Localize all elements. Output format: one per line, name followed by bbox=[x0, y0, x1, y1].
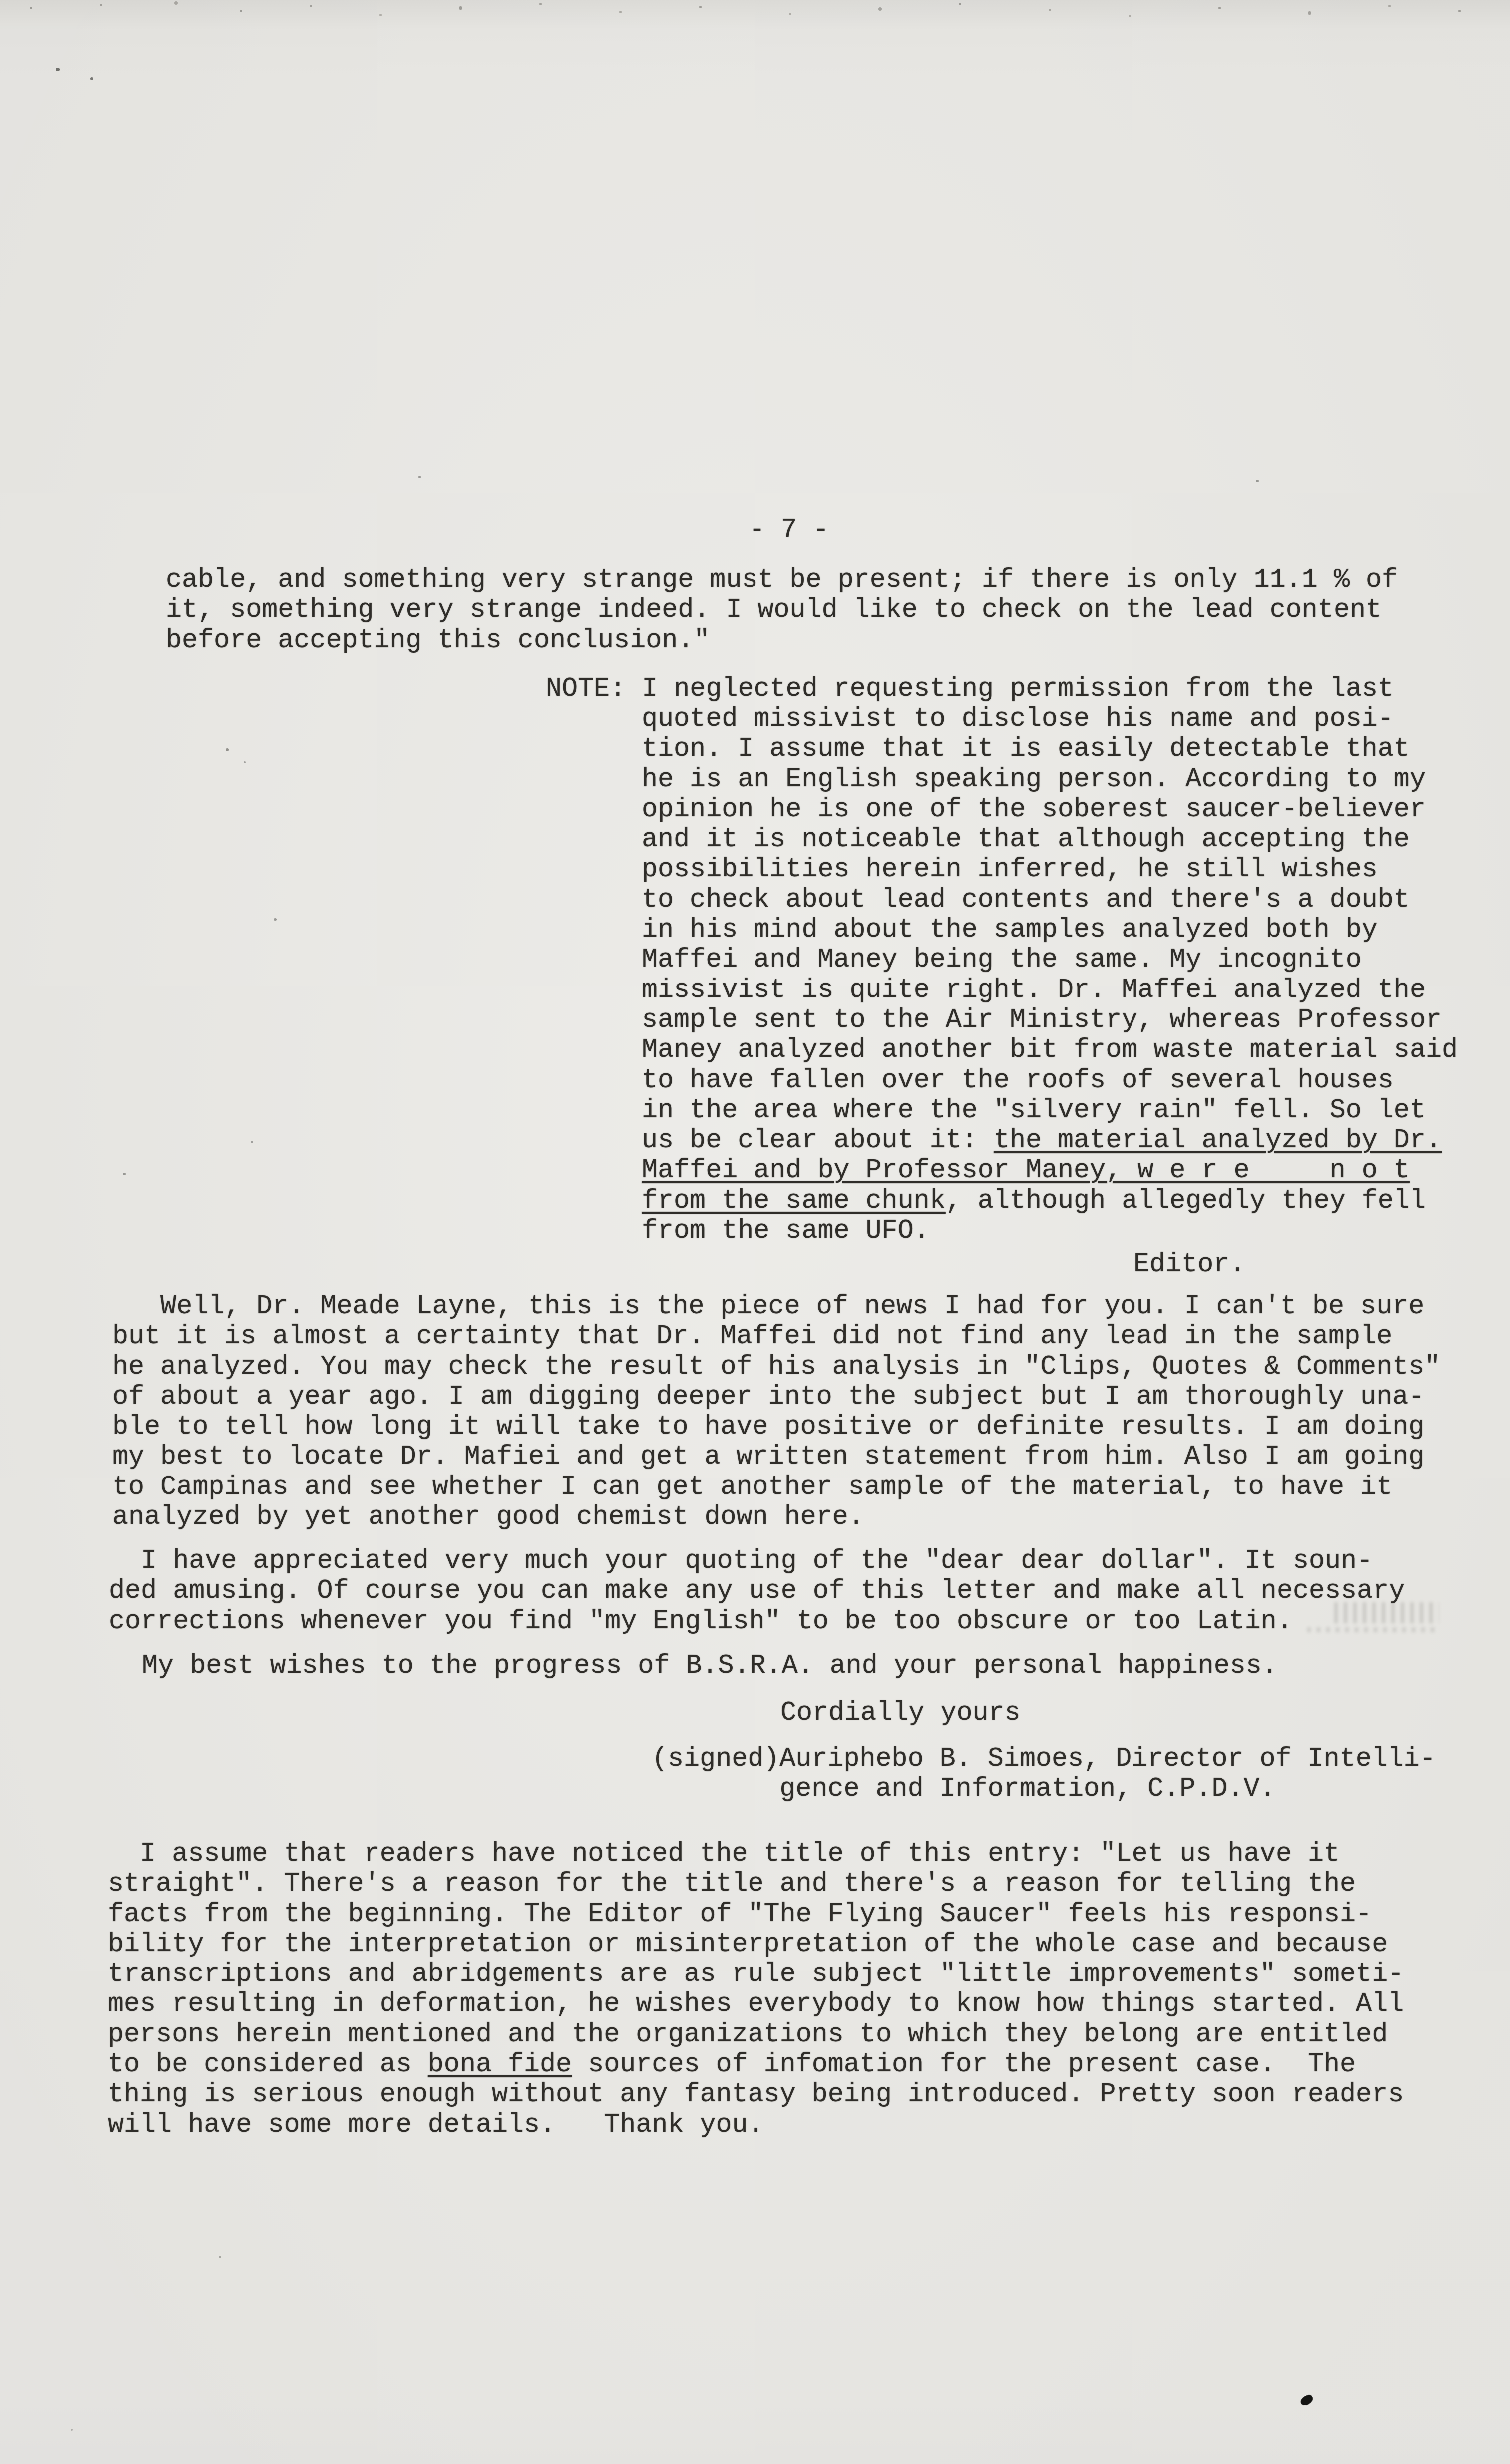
reply-paragraph: Well, Dr. Meade Layne, this is the piece… bbox=[112, 1292, 1440, 1532]
editorial-paragraph: I assume that readers have noticed the t… bbox=[108, 1839, 1404, 2140]
ink-speck bbox=[251, 1141, 253, 1143]
editor-note-first-line: NOTE: I neglected requesting permission … bbox=[546, 674, 1394, 704]
typewritten-text-layer: - 7 - cable, and something very strange … bbox=[0, 0, 1510, 2464]
ink-speck bbox=[244, 761, 246, 763]
ink-speck bbox=[123, 1173, 126, 1175]
page-number: - 7 - bbox=[749, 515, 829, 545]
ink-speck bbox=[90, 77, 93, 80]
ink-speck bbox=[418, 476, 421, 478]
ghost-text-smudge bbox=[1334, 1602, 1439, 1623]
closing-salutation: Cordially yours bbox=[780, 1698, 1021, 1728]
quoted-letter-ending: cable, and something very strange must b… bbox=[166, 565, 1398, 656]
signature-block: (signed)Auriphebo B. Simoes, Director of… bbox=[652, 1744, 1436, 1805]
ink-speck bbox=[1256, 480, 1259, 482]
appreciation-paragraph: I have appreciated very much your quotin… bbox=[109, 1546, 1405, 1637]
editor-signoff: Editor. bbox=[1133, 1250, 1245, 1280]
ink-speck bbox=[274, 918, 277, 921]
ink-speck bbox=[56, 68, 60, 71]
best-wishes-line: My best wishes to the progress of B.S.R.… bbox=[110, 1651, 1278, 1681]
ink-speck bbox=[219, 2256, 221, 2258]
ink-speck bbox=[226, 748, 229, 751]
scanner-noise-band bbox=[30, 7, 32, 9]
ink-speck bbox=[71, 2429, 73, 2431]
editor-note-body: quoted missivist to disclose his name an… bbox=[642, 704, 1458, 1246]
ghost-text-smudge bbox=[1307, 1627, 1438, 1632]
document-page: - 7 - cable, and something very strange … bbox=[0, 0, 1510, 2464]
